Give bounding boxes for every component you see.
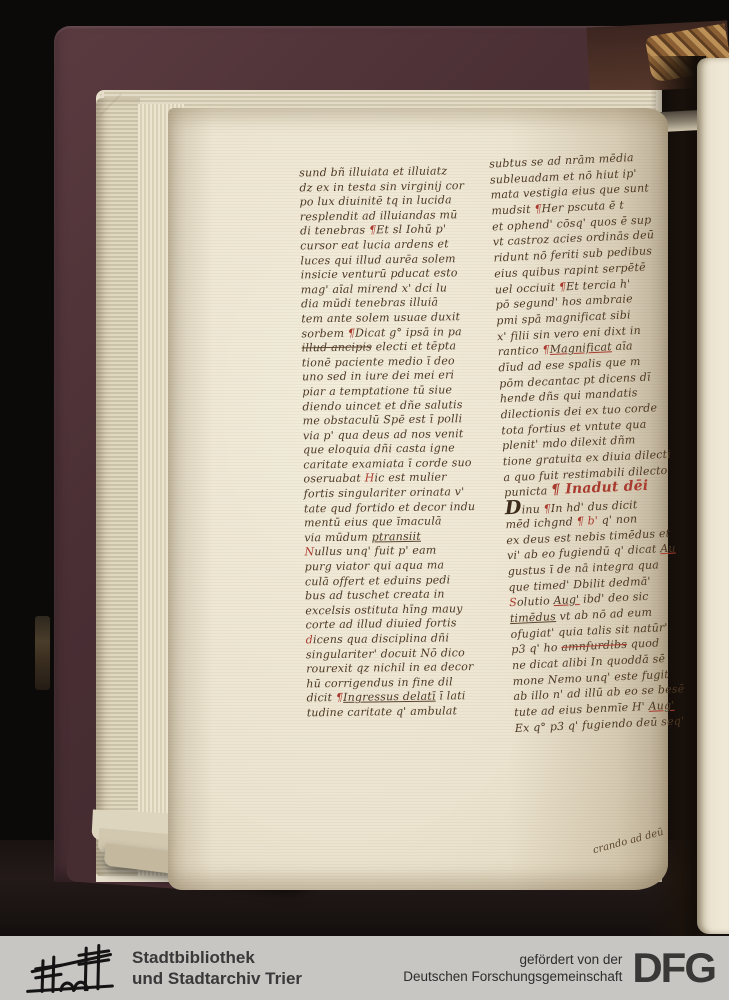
page-edges-left [96,98,140,876]
facing-page-edge [697,58,729,934]
library-name: Stadtbibliothek und Stadtarchiv Trier [132,947,302,989]
text-column-right: subtus se ad nrām mēdiasubleuadam et nō … [489,148,705,736]
funding-line1: gefördert von der [403,951,622,968]
catchword: crando ad deū [592,827,665,856]
library-name-line1: Stadtbibliothek [132,947,302,968]
manuscript-line: tudine caritate q' ambulat [307,704,507,721]
manuscript-photo: sund bñ illuiata et illuiatzdz ex in tes… [0,0,729,1000]
dfg-logo: DFG [632,938,715,998]
text-column-left: sund bñ illuiata et illuiatzdz ex in tes… [299,164,507,721]
book-clasp [35,616,50,690]
library-name-line2: und Stadtarchiv Trier [132,968,302,989]
manuscript-line: tate qud fortido et decor indu [304,499,504,516]
manuscript-page: sund bñ illuiata et illuiatzdz ex in tes… [168,108,668,890]
funding-line2: Deutschen Forschungsgemeinschaft [403,968,622,985]
funding-credit: gefördert von der Deutschen Forschungsge… [403,951,622,985]
footer-banner: Stadtbibliothek und Stadtarchiv Trier ge… [0,936,729,1000]
library-logo-icon [20,941,120,995]
